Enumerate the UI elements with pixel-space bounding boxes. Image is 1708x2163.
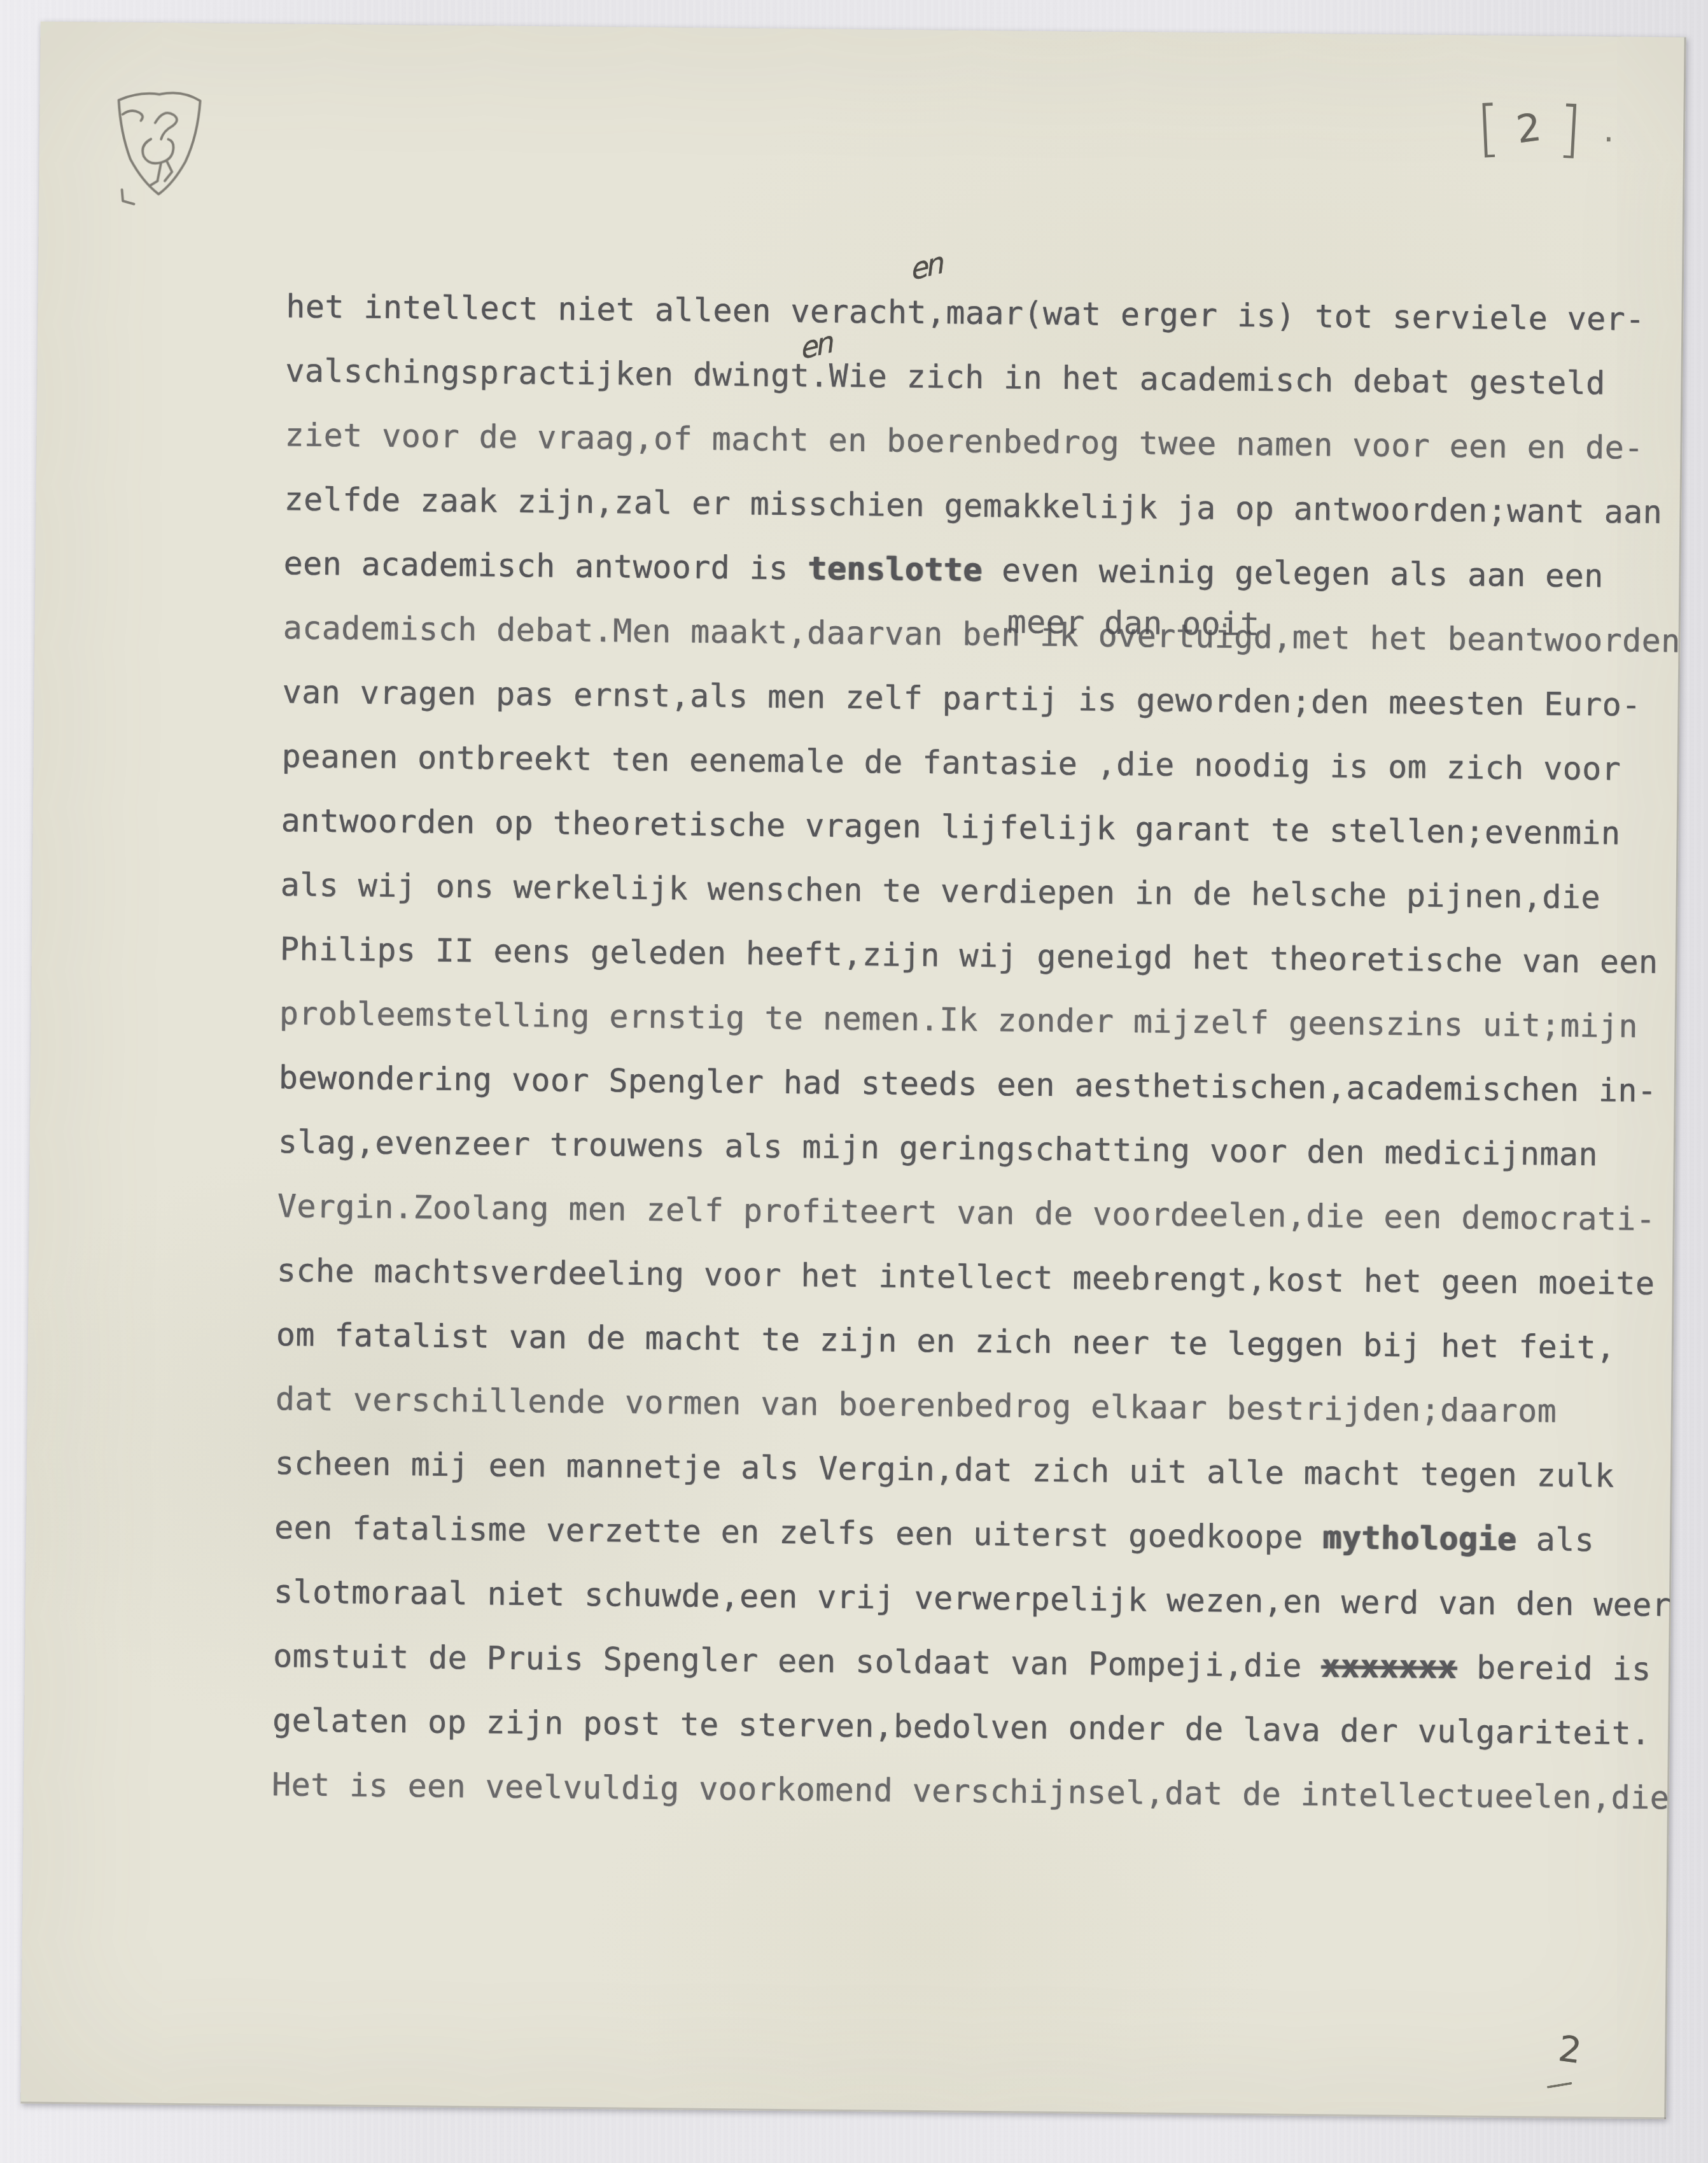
handwritten-correction-en-2: en (801, 324, 833, 366)
typed-text-segment: bereid is (1457, 1649, 1651, 1688)
struck-out-text: xxxxxxx (1321, 1648, 1457, 1686)
page-number-value: 2 (1514, 105, 1544, 152)
typed-text-segment: het intellect niet alleen veracht,maar(w… (286, 288, 1645, 337)
bottom-mark-underline (1547, 2082, 1572, 2089)
left-bracket: [ (1475, 96, 1502, 161)
typed-text-segment: als (1516, 1521, 1595, 1558)
page-number-annotation: [ 2 ] . (1476, 96, 1614, 161)
bottom-page-mark: 2 (1556, 2028, 1584, 2072)
typed-text-segment: mythologie (1322, 1519, 1517, 1558)
typed-line: Het is een veelvuldig voorkomend verschi… (271, 1768, 1686, 1846)
typed-text-segment: even weinig gelegen als aan een (982, 552, 1604, 594)
shield-stork-stamp-icon (108, 83, 211, 212)
paper-sheet: [ 2 ] . het intellect niet alleen verach… (20, 22, 1686, 2120)
page-number-dot: . (1603, 109, 1614, 150)
interline-insertion: meer dan ooit (1007, 605, 1260, 641)
typed-text-block: het intellect niet alleen veracht,maar(w… (271, 290, 1686, 1846)
handwritten-correction-en-1: en (911, 245, 943, 287)
typed-text-segment: een academisch antwoord is (283, 545, 808, 587)
typed-text-segment: tenslotte (808, 550, 983, 589)
right-bracket: ] (1556, 97, 1583, 162)
scan-background: [ 2 ] . het intellect niet alleen verach… (0, 0, 1708, 2163)
